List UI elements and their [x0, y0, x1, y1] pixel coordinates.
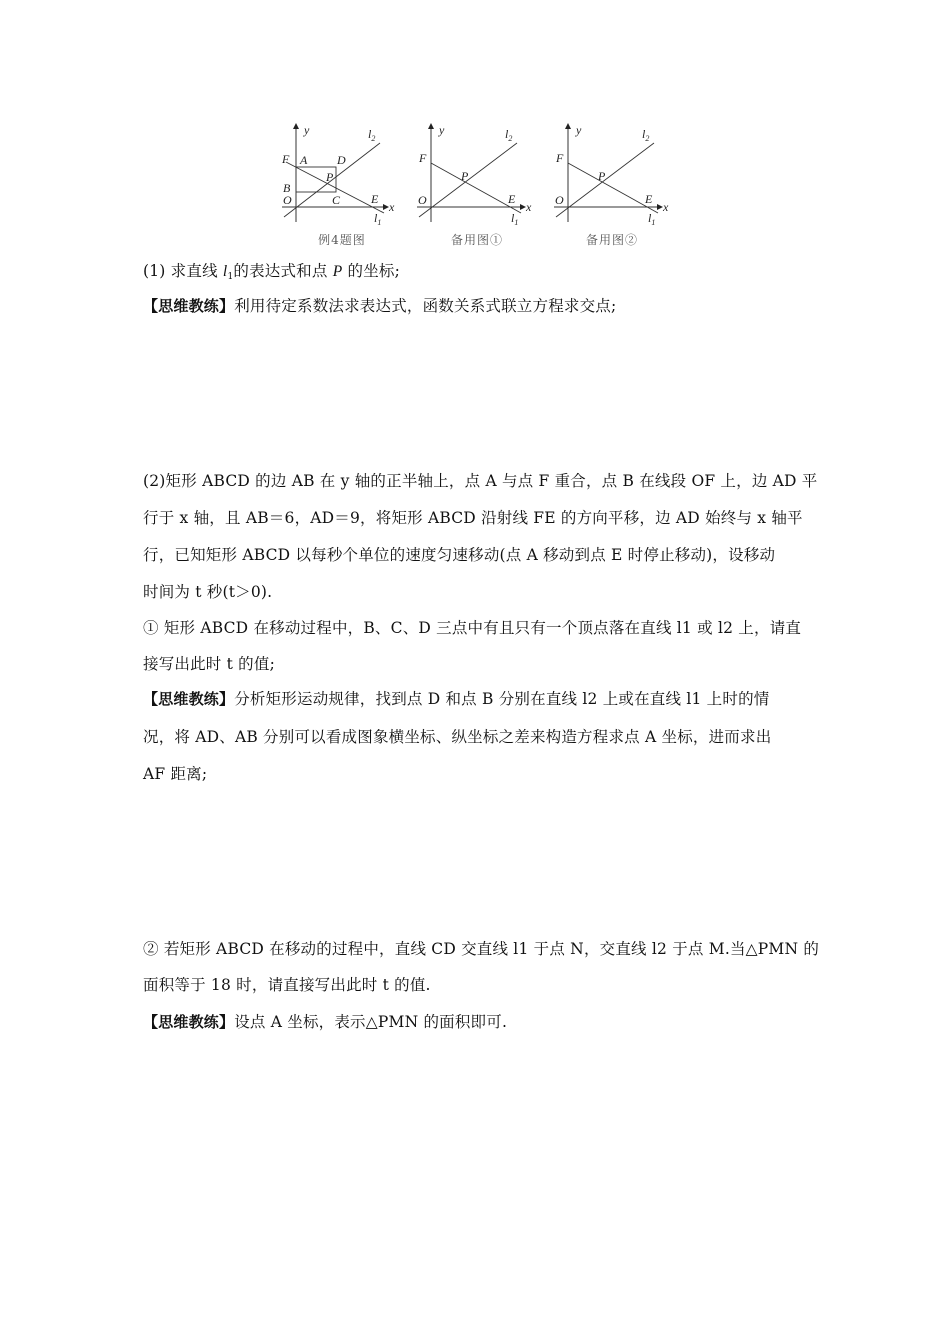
figure-backup-2: y x F P O E l1 l2 备用图②: [542, 118, 682, 253]
svg-text:P: P: [460, 169, 469, 183]
figure-example-4: y x F A D P B O C E l1 l2 例4题图: [272, 118, 412, 253]
question-part-2-line-2: 行于 x 轴，且 AB＝6，AD＝9，将矩形 ABCD 沿射线 FE 的方向平移…: [143, 508, 803, 528]
hint-text: 分析矩形运动规律，找到点 D 和点 B 分别在直线 l2 上或在直线 l1 上时…: [234, 690, 769, 708]
svg-text:F: F: [555, 151, 564, 165]
svg-text:E: E: [370, 192, 379, 206]
sub-question-1-line-1: ① 矩形 ABCD 在移动过程中，B、C、D 三点中有且只有一个顶点落在直线 l…: [143, 618, 801, 638]
svg-text:P: P: [325, 170, 334, 184]
svg-text:y: y: [303, 123, 310, 137]
sub-question-2-line-2: 面积等于 18 时，请直接写出此时 t 的值.: [143, 975, 431, 995]
hint-sub-2: 【思维教练】设点 A 坐标，表示△PMN 的面积即可.: [143, 1012, 507, 1032]
hint-label: 【思维教练】: [143, 1013, 234, 1031]
sub-question-1-line-2: 接写出此时 t 的值;: [143, 654, 275, 674]
figure-caption: 例4题图: [272, 231, 412, 248]
hint-text: 设点 A 坐标，表示△PMN 的面积即可.: [234, 1013, 507, 1031]
svg-text:l1: l1: [648, 211, 655, 227]
hint-label: 【思维教练】: [143, 690, 234, 708]
coordinate-diagram-with-rectangle: y x F A D P B O C E l1 l2: [272, 118, 412, 233]
svg-text:x: x: [662, 200, 669, 214]
svg-text:x: x: [388, 200, 395, 214]
sub-question-2-line-1: ② 若矩形 ABCD 在移动的过程中，直线 CD 交直线 l1 于点 N，交直线…: [143, 939, 819, 959]
svg-text:y: y: [438, 123, 445, 137]
hint-label: 【思维教练】: [143, 297, 234, 315]
svg-text:y: y: [575, 123, 582, 137]
figure-row: y x F A D P B O C E l1 l2 例4题图 y: [272, 118, 692, 253]
hint-sub-1-line-3: AF 距离;: [143, 764, 207, 784]
svg-text:x: x: [525, 200, 532, 214]
svg-text:l2: l2: [505, 127, 512, 143]
svg-text:E: E: [644, 192, 653, 206]
hint-part-1: 【思维教练】利用待定系数法求表达式，函数关系式联立方程求交点;: [143, 296, 616, 316]
svg-text:A: A: [299, 153, 308, 167]
hint-sub-1-line-1: 【思维教练】分析矩形运动规律，找到点 D 和点 B 分别在直线 l2 上或在直线…: [143, 689, 769, 709]
question-part-2-line-1: (2)矩形 ABCD 的边 AB 在 y 轴的正半轴上，点 A 与点 F 重合，…: [143, 471, 818, 491]
svg-text:O: O: [555, 193, 564, 207]
hint-text: 利用待定系数法求表达式，函数关系式联立方程求交点;: [234, 297, 616, 315]
svg-text:C: C: [332, 193, 341, 207]
question-part-2-line-3: 行，已知矩形 ABCD 以每秒个单位的速度匀速移动(点 A 移动到点 E 时停止…: [143, 545, 775, 565]
svg-text:l2: l2: [368, 127, 375, 143]
svg-text:F: F: [281, 152, 290, 166]
figure-caption: 备用图①: [407, 231, 547, 248]
question-part-2-line-4: 时间为 t 秒(t＞0).: [143, 582, 272, 602]
svg-text:P: P: [597, 169, 606, 183]
svg-text:E: E: [507, 192, 516, 206]
svg-text:O: O: [418, 193, 427, 207]
coordinate-diagram: y x F P O E l1 l2: [542, 118, 682, 233]
question-part-1: (1) 求直线 l1的表达式和点 P 的坐标;: [143, 261, 400, 282]
svg-text:D: D: [336, 153, 346, 167]
svg-text:F: F: [418, 151, 427, 165]
svg-text:l1: l1: [511, 211, 518, 227]
figure-caption: 备用图②: [542, 231, 682, 248]
coordinate-diagram: y x F P O E l1 l2: [407, 118, 547, 233]
svg-text:l2: l2: [642, 127, 649, 143]
hint-sub-1-line-2: 况，将 AD、AB 分别可以看成图象横坐标、纵坐标之差来构造方程求点 A 坐标，…: [143, 727, 771, 747]
svg-text:O: O: [283, 193, 292, 207]
figure-backup-1: y x F P O E l1 l2 备用图①: [407, 118, 547, 253]
svg-text:l1: l1: [374, 211, 381, 227]
